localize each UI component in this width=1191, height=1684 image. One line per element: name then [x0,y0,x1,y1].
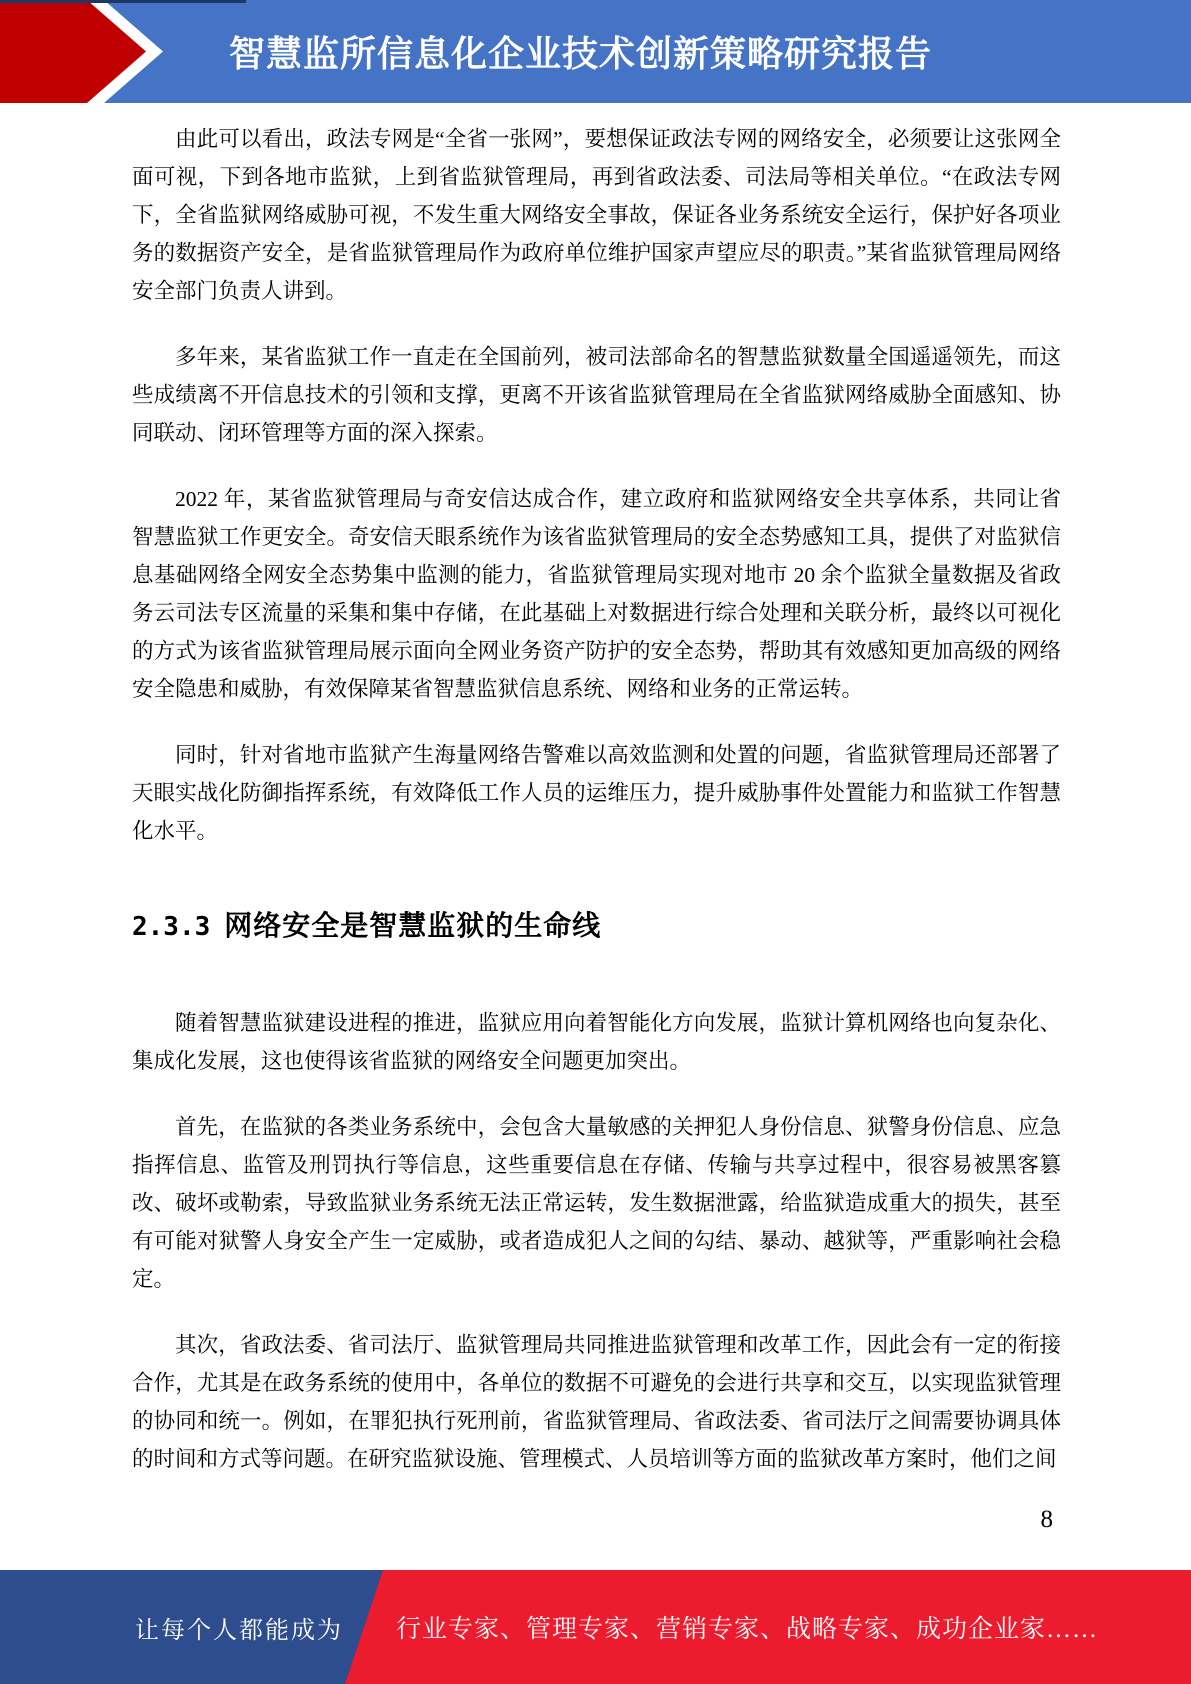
footer-slogan-left: 让每个人都能成为 [135,1570,343,1684]
section-title: 网络安全是智慧监狱的生命线 [224,904,601,944]
section-heading: 2.3.3 网络安全是智慧监狱的生命线 [132,904,1061,944]
section-number: 2.3.3 [132,912,210,942]
header-banner: 智慧监所信息化企业技术创新策略研究报告 [0,0,1191,103]
footer-slogan-right: 行业专家、管理专家、营销专家、战略专家、成功企业家…… [396,1570,1098,1684]
paragraph: 2022 年，某省监狱管理局与奇安信达成合作，建立政府和监狱网络安全共享体系，共… [132,480,1061,708]
paragraph: 其次，省政法委、省司法厅、监狱管理局共同推进监狱管理和改革工作，因此会有一定的衔… [132,1326,1061,1478]
document-page: 智慧监所信息化企业技术创新策略研究报告 由此可以看出，政法专网是“全省一张网”，… [0,0,1191,1684]
report-title: 智慧监所信息化企业技术创新策略研究报告 [0,0,1191,103]
document-body: 由此可以看出，政法专网是“全省一张网”，要想保证政法专网的网络安全，必须要让这张… [132,120,1061,1506]
paragraph: 首先，在监狱的各类业务系统中，会包含大量敏感的关押犯人身份信息、狱警身份信息、应… [132,1108,1061,1298]
page-number: 8 [1041,1506,1054,1534]
paragraph: 由此可以看出，政法专网是“全省一张网”，要想保证政法专网的网络安全，必须要让这张… [132,120,1061,310]
paragraph: 同时，针对省地市监狱产生海量网络告警难以高效监测和处置的问题，省监狱管理局还部署… [132,736,1061,850]
paragraph: 随着智慧监狱建设进程的推进，监狱应用向着智能化方向发展，监狱计算机网络也向复杂化… [132,1004,1061,1080]
footer-banner: 让每个人都能成为 行业专家、管理专家、营销专家、战略专家、成功企业家…… [0,1570,1191,1684]
paragraph: 多年来，某省监狱工作一直走在全国前列，被司法部命名的智慧监狱数量全国遥遥领先，而… [132,338,1061,452]
